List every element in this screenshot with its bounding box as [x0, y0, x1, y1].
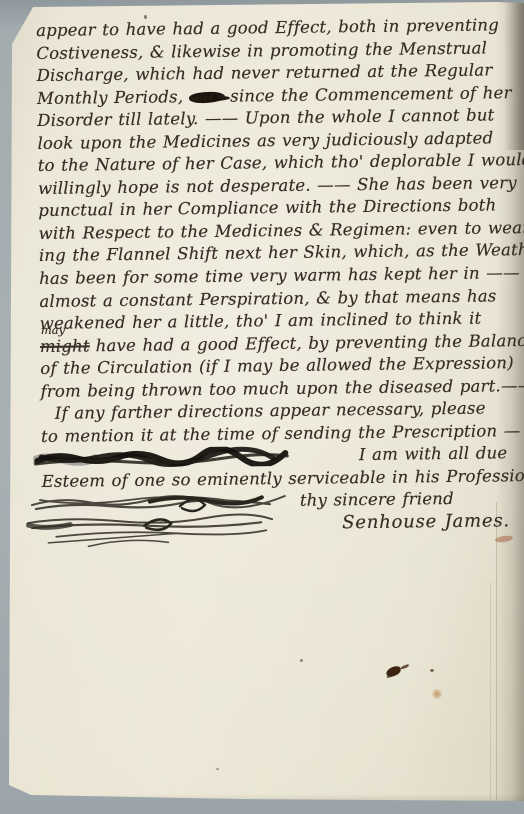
paper-bottom-edge-shadow	[0, 794, 524, 804]
paper-speck	[216, 768, 219, 770]
ink-stain-speck	[430, 669, 434, 672]
ink-stain	[385, 665, 402, 678]
struck-word: might	[40, 336, 90, 356]
heavy-scribbled-deletion	[33, 446, 291, 469]
signature-row: Senhouse James.	[42, 510, 516, 538]
corrected-word: maymight	[40, 335, 90, 358]
inked-out-word: [word inked out]	[189, 90, 226, 104]
inserted-word-above: may	[41, 324, 65, 335]
photograph-backdrop: appear to have had a good Effect, both i…	[0, 0, 524, 814]
line-15-post: have had a good Effect, by preventing th…	[96, 331, 524, 355]
letter-paper-sheet: appear to have had a good Effect, both i…	[0, 0, 524, 814]
scribbled-deletion-lower	[26, 511, 278, 550]
fold-crease	[496, 502, 497, 802]
foxing-stain	[432, 689, 442, 699]
signature-text: Senhouse James.	[342, 510, 510, 535]
closing-friend-text: thy sincere friend	[300, 488, 454, 512]
fold-crease	[490, 582, 491, 802]
line-04-post: since the Commencement of her	[230, 83, 512, 105]
paper-speck	[144, 15, 147, 19]
paper-speck	[300, 659, 303, 662]
closing-due-text: I am with all due	[359, 444, 508, 465]
line-04-pre: Monthly Periods,	[37, 87, 183, 108]
letter-body: appear to have had a good Effect, both i…	[36, 14, 516, 538]
